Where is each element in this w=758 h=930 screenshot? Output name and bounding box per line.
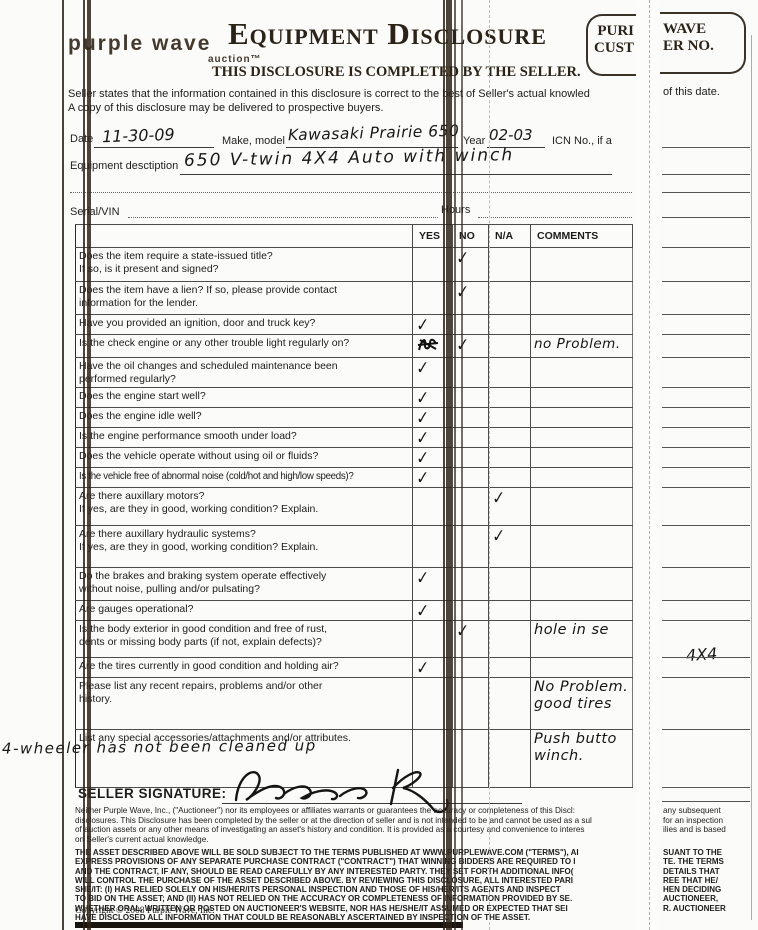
question-text: Is the body exterior in good condition a… <box>76 621 413 658</box>
check-mark-icon: ✓ <box>416 390 430 407</box>
scan-artifact-line <box>454 0 456 930</box>
answer-cell-empty <box>453 658 489 678</box>
icn-label: ICN No., if a <box>552 135 612 147</box>
legal-strip-1: any subsequentfor an inspectionilies and… <box>663 806 755 835</box>
comment-cell <box>531 408 633 428</box>
page-subtitle: THIS DISCLOSURE IS COMPLETED BY THE SELL… <box>212 64 581 81</box>
answer-cell-empty <box>453 388 489 408</box>
comment-cell <box>531 315 633 335</box>
seller-statement: Seller states that the information conta… <box>68 88 638 115</box>
legal-line: TE. THE TERMS <box>663 857 755 866</box>
date-line <box>94 147 214 148</box>
scribble-mark-icon <box>416 336 440 353</box>
table-row: Is the check engine or any other trouble… <box>76 335 633 358</box>
strip-line <box>662 407 750 408</box>
comment-cell <box>531 388 633 408</box>
copyright-text: Copyright © 2008 Purple Wave, Inc. <box>75 906 215 916</box>
strip-line <box>662 217 750 218</box>
legal-line: SHE/IT: (I) HAS RELIED SOLELY ON HIS/HER… <box>75 885 639 894</box>
legal-line: any subsequent <box>663 806 755 816</box>
statement-fragment: of this date. <box>663 86 720 98</box>
customer-box-text: WAVE <box>663 21 744 38</box>
table-row: Is the body exterior in good condition a… <box>76 621 633 658</box>
answer-cell-empty <box>453 468 489 488</box>
comment-cell <box>531 448 633 468</box>
comment-cell: No Problem. good tires <box>531 678 633 730</box>
date-value: 11-30-09 <box>102 125 175 147</box>
comment-cell <box>531 282 633 315</box>
answer-cell-checked: ✓ <box>453 335 489 358</box>
scan-fold-gap <box>636 0 659 930</box>
answer-cell-empty <box>489 282 531 315</box>
seller-signature-label: SELLER SIGNATURE: <box>78 786 227 801</box>
question-text: Are gauges operational? <box>76 601 413 621</box>
answer-cell-empty <box>453 678 489 730</box>
answer-cell-empty <box>453 448 489 468</box>
table-row: Is the engine performance smooth under l… <box>76 428 633 448</box>
answer-cell-empty <box>489 658 531 678</box>
table-row: Does the item have a lien? If so, please… <box>76 282 633 315</box>
table-row: Are there auxillary hydraulic systems? I… <box>76 526 633 568</box>
strip-line <box>662 314 750 315</box>
answer-cell-empty <box>453 488 489 526</box>
strip-line <box>662 620 750 621</box>
legal-line: ilies and is based <box>663 825 755 835</box>
strip-line <box>662 801 750 802</box>
comment-cell <box>531 526 633 568</box>
scan-artifact-line <box>83 0 85 930</box>
answer-cell-empty <box>453 568 489 601</box>
question-text: Does the vehicle operate without using o… <box>76 448 413 468</box>
legal-line: of auction assets or any other means of … <box>75 825 639 835</box>
comment-handwriting: Push butto winch. <box>534 731 617 764</box>
legal-strip-2: SUANT TO THETE. THE TERMSDETAILS THATREE… <box>663 848 755 913</box>
answer-cell-empty <box>489 468 531 488</box>
question-text: Do the brakes and braking system operate… <box>76 568 413 601</box>
table-row: Is the vehicle free of abnormal noise (c… <box>76 468 633 488</box>
page-title: Equipment Disclosure <box>228 16 547 52</box>
table-row: Are the tires currently in good conditio… <box>76 658 633 678</box>
question-text: Are there auxillary hydraulic systems? I… <box>76 526 413 568</box>
blank-line <box>70 192 632 193</box>
answer-cell-empty <box>489 335 531 358</box>
comment-cell: no Problem. <box>531 335 633 358</box>
make-model-label: Make, model <box>222 135 285 147</box>
comment-cell <box>531 468 633 488</box>
table-row: Are there auxillary motors? If yes, are … <box>76 488 633 526</box>
legal-line: disclosures. This Disclosure has been co… <box>75 816 639 826</box>
comment-handwriting: hole in se <box>534 622 609 638</box>
make-model-value: Kawasaki Prairie 650 <box>288 122 460 144</box>
strip-line <box>662 192 750 193</box>
scan-artifact-line <box>446 0 452 930</box>
strip-line <box>662 427 750 428</box>
table-row: Does the engine idle well?✓ <box>76 408 633 428</box>
answer-cell-checked: ✓ <box>453 621 489 658</box>
answer-cell-empty <box>489 678 531 730</box>
strip-line <box>662 657 750 658</box>
statement-line: A copy of this disclosure may be deliver… <box>68 102 638 116</box>
check-mark-icon: ✓ <box>416 470 430 487</box>
table-header-row: YES NO N/A COMMENTS <box>76 225 633 248</box>
answer-cell-empty <box>489 601 531 621</box>
customer-box-text: CUST <box>588 40 634 57</box>
check-mark-icon: ✓ <box>416 317 430 334</box>
seller-signature-scribble <box>228 758 518 814</box>
table-row: Do the brakes and braking system operate… <box>76 568 633 601</box>
strip-line <box>662 174 750 175</box>
strip-line <box>662 247 750 248</box>
col-header-comments: COMMENTS <box>531 225 633 248</box>
legal-line: on Seller's current actual knowledge. <box>75 835 639 845</box>
comment-cell <box>531 488 633 526</box>
strip-line <box>662 334 750 335</box>
question-text: Are the tires currently in good conditio… <box>76 658 413 678</box>
legal-line: for an inspection <box>663 816 755 826</box>
strip-line <box>662 525 750 526</box>
legal-line: REE THAT HE/ <box>663 876 755 885</box>
table-row: Have the oil changes and scheduled maint… <box>76 358 633 388</box>
strip-line <box>662 467 750 468</box>
question-text: Does the engine start well? <box>76 388 413 408</box>
strip-line <box>662 729 750 730</box>
answer-cell-empty <box>489 315 531 335</box>
check-mark-icon: ✓ <box>492 490 506 507</box>
check-mark-icon: ✓ <box>416 570 430 587</box>
question-text: Please list any recent repairs, problems… <box>76 678 413 730</box>
answer-cell-checked: ✓ <box>453 248 489 282</box>
comment-handwriting: no Problem. <box>534 336 621 352</box>
legal-line: HEN DECIDING <box>663 885 755 894</box>
check-mark-icon: ✓ <box>492 528 506 545</box>
answer-cell-empty <box>489 568 531 601</box>
strip-line <box>662 447 750 448</box>
question-text: Is the vehicle free of abnormal noise (c… <box>76 468 413 488</box>
check-mark-icon: ✓ <box>416 430 430 447</box>
answer-cell-empty <box>453 601 489 621</box>
scan-artifact-line <box>461 0 463 930</box>
question-text: Is the engine performance smooth under l… <box>76 428 413 448</box>
customer-number-box-left: PURI CUST <box>586 14 636 76</box>
answer-cell-empty <box>489 448 531 468</box>
comment-cell <box>531 601 633 621</box>
question-text: Does the item have a lien? If so, please… <box>76 282 413 315</box>
customer-number-box-right: WAVE ER NO. <box>660 12 746 74</box>
strip-line <box>662 147 750 148</box>
comment-cell <box>531 658 633 678</box>
answer-cell-empty <box>489 621 531 658</box>
question-text: Have the oil changes and scheduled maint… <box>76 358 413 388</box>
legal-line: DETAILS THAT <box>663 867 755 876</box>
question-text: Is the check engine or any other trouble… <box>76 335 413 358</box>
serial-vin-label: Serial/VIN <box>70 206 120 218</box>
legal-line: EXPRESS PROVISIONS OF ANY SEPARATE PURCH… <box>75 857 639 866</box>
disclosure-table: YES NO N/A COMMENTS Does the item requir… <box>75 224 632 788</box>
strip-line <box>662 787 750 788</box>
strip-line <box>662 281 750 282</box>
answer-cell-empty <box>489 428 531 448</box>
table-row: Does the engine start well?✓ <box>76 388 633 408</box>
answer-cell-empty <box>453 358 489 388</box>
strip-line <box>662 600 750 601</box>
legal-line: AUCTIONEER, <box>663 894 755 903</box>
comment-handwriting: No Problem. good tires <box>534 679 628 712</box>
comment-cell <box>531 358 633 388</box>
answer-cell-empty <box>489 358 531 388</box>
comment-cell: Push butto winch. <box>531 730 633 788</box>
comment-cell <box>531 568 633 601</box>
answer-cell-empty <box>453 315 489 335</box>
table-row: Please list any recent repairs, problems… <box>76 678 633 730</box>
answer-cell-empty <box>489 388 531 408</box>
answer-cell-checked: ✓ <box>453 282 489 315</box>
description-line <box>180 174 612 175</box>
strip-line <box>662 387 750 388</box>
customer-box-text: ER NO. <box>663 38 744 55</box>
legal-line: WILL CONTROL THE PURCHASE OF THE ASSET D… <box>75 876 639 885</box>
question-text: Have you provided an ignition, door and … <box>76 315 413 335</box>
scan-bottom-edge <box>75 922 463 928</box>
legal-line: TO BID ON THE ASSET; AND (II) HAS NOT RE… <box>75 894 639 903</box>
scan-artifact-line <box>62 0 64 930</box>
strip-line <box>662 357 750 358</box>
legal-line: R. AUCTIONEER <box>663 904 755 913</box>
strip-line <box>662 567 750 568</box>
check-mark-icon: ✓ <box>416 450 430 467</box>
legal-line: SUANT TO THE <box>663 848 755 857</box>
strip-handwritten-note: 4X4 <box>685 644 718 665</box>
disclosure-table-body: Does the item require a state-issued tit… <box>76 248 633 788</box>
question-text: Does the engine idle well? <box>76 408 413 428</box>
table-row: Have you provided an ignition, door and … <box>76 315 633 335</box>
table-row: Are gauges operational?✓ <box>76 601 633 621</box>
strip-line <box>662 677 750 678</box>
strip-right-edge-line <box>751 35 752 920</box>
customer-box-text: PURI <box>588 23 634 40</box>
comment-cell <box>531 248 633 282</box>
legal-line: THE ASSET DESCRIBED ABOVE WILL BE SOLD S… <box>75 848 639 857</box>
statement-line: Seller states that the information conta… <box>68 88 638 102</box>
scan-artifact-line <box>87 0 91 930</box>
check-mark-icon: ✓ <box>416 603 430 620</box>
check-mark-icon: ✓ <box>416 410 430 427</box>
comment-cell: hole in se <box>531 621 633 658</box>
question-text: Are there auxillary motors? If yes, are … <box>76 488 413 526</box>
table-row: Does the vehicle operate without using o… <box>76 448 633 468</box>
answer-cell-empty <box>453 428 489 448</box>
accessories-handwritten-note: 4-wheeler has not been cleaned up <box>2 736 317 757</box>
comment-cell <box>531 428 633 448</box>
answer-cell-empty <box>489 248 531 282</box>
answer-cell-checked: ✓ <box>489 488 531 526</box>
answer-cell-empty <box>489 408 531 428</box>
question-text: Does the item require a state-issued tit… <box>76 248 413 282</box>
answer-cell-empty <box>453 408 489 428</box>
answer-cell-checked: ✓ <box>489 526 531 568</box>
col-header-na: N/A <box>489 225 531 248</box>
col-header-no: NO <box>453 225 489 248</box>
strip-line <box>662 487 750 488</box>
table-row: Does the item require a state-issued tit… <box>76 248 633 282</box>
check-mark-icon: ✓ <box>416 660 430 677</box>
scan-fold-dashed-line <box>649 0 650 930</box>
serial-vin-line <box>128 217 438 218</box>
description-value: 650 V-twin 4X4 Auto with winch <box>184 145 514 171</box>
scan-artifact-line <box>443 0 445 930</box>
hours-line <box>478 217 632 218</box>
year-value: 02-03 <box>489 126 533 144</box>
legal-line: AND THE CONTRACT, IF ANY, SHOULD BE READ… <box>75 867 639 876</box>
answer-cell-empty <box>453 526 489 568</box>
check-mark-icon: ✓ <box>416 360 430 377</box>
